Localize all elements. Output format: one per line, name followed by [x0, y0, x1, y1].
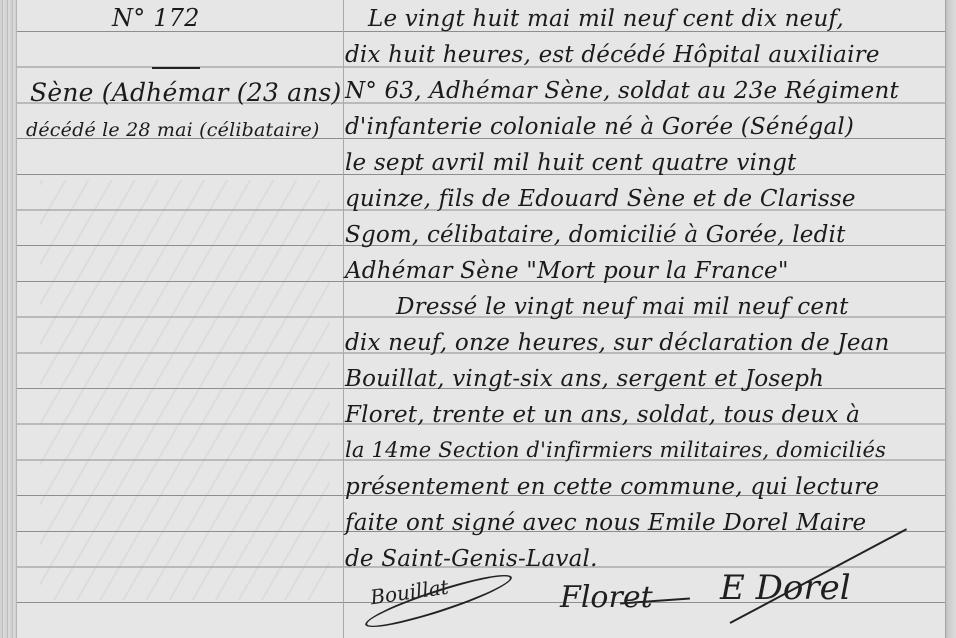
death-date-note: décédé le 28 mai (célibataire)	[26, 119, 320, 141]
body-line: faite ont signé avec nous Emile Dorel Ma…	[345, 510, 866, 536]
body-line: quinze, fils de Edouard Sène et de Clari…	[345, 186, 856, 212]
body-line: présentement en cette commune, qui lectu…	[345, 474, 879, 500]
body-line: d'infanterie coloniale né à Gorée (Sénég…	[345, 114, 854, 140]
body-line: Adhémar Sène "Mort pour la France"	[345, 258, 789, 284]
body-line: Sgom, célibataire, domicilié à Gorée, le…	[345, 222, 846, 248]
deceased-name: Sène (Adhémar (23 ans)	[30, 78, 341, 107]
body-line: le sept avril mil huit cent quatre vingt	[345, 150, 796, 176]
page-binding-edge	[0, 0, 17, 638]
body-line: Bouillat, vingt-six ans, sergent et Jose…	[345, 366, 824, 392]
signature-bouillat: Bouillat	[369, 575, 450, 610]
body-line: de Saint-Genis-Laval.	[345, 546, 598, 572]
body-line: Le vingt huit mai mil neuf cent dix neuf…	[368, 6, 844, 32]
record-number: N° 172	[112, 4, 200, 32]
margin-rule	[343, 0, 344, 638]
page-fold-edge	[945, 0, 956, 638]
body-line: Floret, trente et un ans, soldat, tous d…	[345, 402, 860, 428]
body-line: dix neuf, onze heures, sur déclaration d…	[345, 330, 890, 356]
separator-mark	[152, 67, 200, 69]
body-line: N° 63, Adhémar Sène, soldat au 23e Régim…	[345, 78, 899, 104]
body-line: Dressé le vingt neuf mai mil neuf cent	[396, 294, 849, 320]
signature-floret: Floret	[560, 580, 653, 615]
signature-mayor: E Dorel	[720, 568, 851, 608]
body-line: dix huit heures, est décédé Hôpital auxi…	[345, 42, 880, 68]
ink-bleed-through	[40, 180, 330, 600]
body-line: la 14me Section d'infirmiers militaires,…	[345, 438, 886, 462]
register-page: N° 172 Sène (Adhémar (23 ans) décédé le …	[0, 0, 956, 638]
